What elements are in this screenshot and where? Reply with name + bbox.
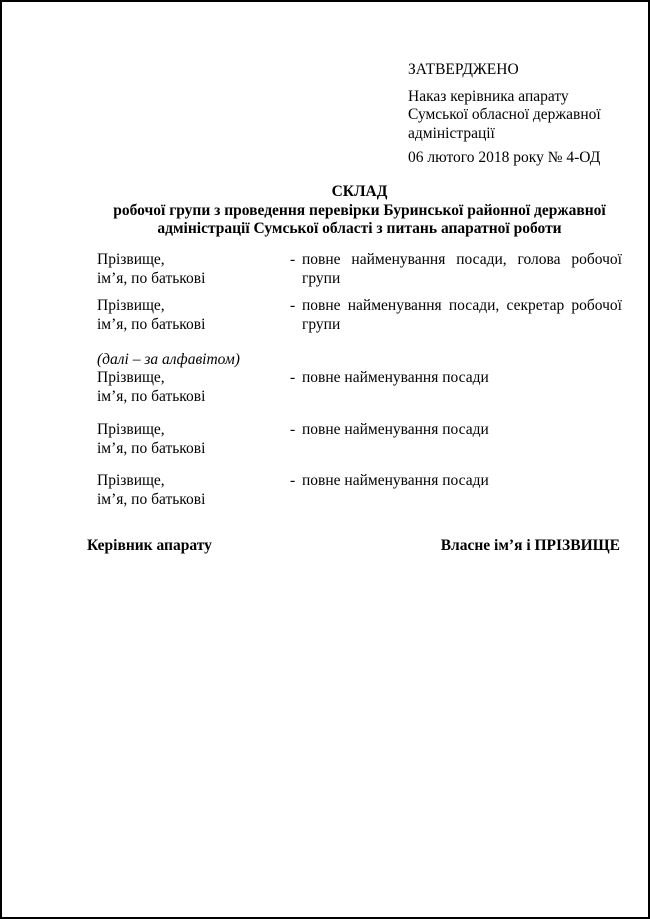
dash-separator: -: [290, 472, 295, 491]
approval-date-line: 06 лютого 2018 року № 4-ОД: [408, 149, 626, 168]
dash-separator: -: [290, 251, 295, 270]
signature-name-label: Власне ім’я і ПРІЗВИЩЕ: [441, 537, 620, 556]
signature-position-label: Керівник апарату: [87, 537, 212, 556]
member-position-text: повне найменування посади: [302, 472, 489, 489]
member-position-placeholder: - повне найменування посади, секретар ро…: [290, 297, 622, 334]
member-name-placeholder: Прізвище, ім’я, по батькові: [97, 472, 290, 509]
title-line-2: робочої групи з проведення перевірки Бур…: [97, 202, 622, 221]
member-position-placeholder: - повне найменування посади: [290, 369, 622, 406]
member-name-line1: Прізвище,: [97, 472, 290, 491]
workgroup-member-row: Прізвище, ім’я, по батькові - повне найм…: [97, 421, 622, 458]
member-name-line2: ім’я, по батькові: [97, 270, 290, 289]
document-page: ЗАТВЕРДЖЕНО Наказ керівника апарату Сумс…: [0, 0, 650, 919]
title-line-3: адміністрації Сумської області з питань …: [97, 220, 622, 239]
workgroup-member-row: Прізвище, ім’я, по батькові - повне найм…: [97, 251, 622, 288]
member-name-line1: Прізвище,: [97, 297, 290, 316]
member-name-line2: ім’я, по батькові: [97, 388, 290, 407]
workgroup-member-row: Прізвище, ім’я, по батькові - повне найм…: [97, 297, 622, 334]
member-position-text: повне найменування посади, секретар робо…: [302, 297, 622, 333]
member-position-text: повне найменування посади, голова робочо…: [302, 251, 622, 287]
approval-order-line: Сумської обласної державної: [408, 106, 626, 125]
member-name-line2: ім’я, по батькові: [97, 316, 290, 335]
member-position-placeholder: - повне найменування посади: [290, 472, 622, 509]
approval-block: ЗАТВЕРДЖЕНО Наказ керівника апарату Сумс…: [408, 61, 626, 168]
approval-order-line: адміністрації: [408, 125, 626, 144]
signature-row: Керівник апарату Власне ім’я і ПРІЗВИЩЕ: [87, 537, 620, 556]
approval-order-line: Наказ керівника апарату: [408, 88, 626, 107]
member-position-placeholder: - повне найменування посади: [290, 421, 622, 458]
member-position-text: повне найменування посади: [302, 421, 489, 438]
dash-separator: -: [290, 297, 295, 316]
document-title: СКЛАД робочої групи з проведення перевір…: [97, 183, 622, 239]
member-name-placeholder: Прізвище, ім’я, по батькові: [97, 421, 290, 458]
alphabetical-order-note: (далі – за алфавітом): [97, 351, 240, 370]
member-name-line2: ім’я, по батькові: [97, 491, 290, 510]
member-name-line1: Прізвище,: [97, 369, 290, 388]
approval-stamp-label: ЗАТВЕРДЖЕНО: [408, 61, 626, 80]
workgroup-member-row: Прізвище, ім’я, по батькові - повне найм…: [97, 472, 622, 509]
member-name-line1: Прізвище,: [97, 421, 290, 440]
member-position-text: повне найменування посади: [302, 369, 489, 386]
dash-separator: -: [290, 421, 295, 440]
dash-separator: -: [290, 369, 295, 388]
member-name-placeholder: Прізвище, ім’я, по батькові: [97, 297, 290, 334]
member-name-line2: ім’я, по батькові: [97, 440, 290, 459]
workgroup-member-row: Прізвище, ім’я, по батькові - повне найм…: [97, 369, 622, 406]
member-name-placeholder: Прізвище, ім’я, по батькові: [97, 369, 290, 406]
member-name-line1: Прізвище,: [97, 251, 290, 270]
title-line-1: СКЛАД: [97, 183, 622, 202]
member-position-placeholder: - повне найменування посади, голова робо…: [290, 251, 622, 288]
member-name-placeholder: Прізвище, ім’я, по батькові: [97, 251, 290, 288]
